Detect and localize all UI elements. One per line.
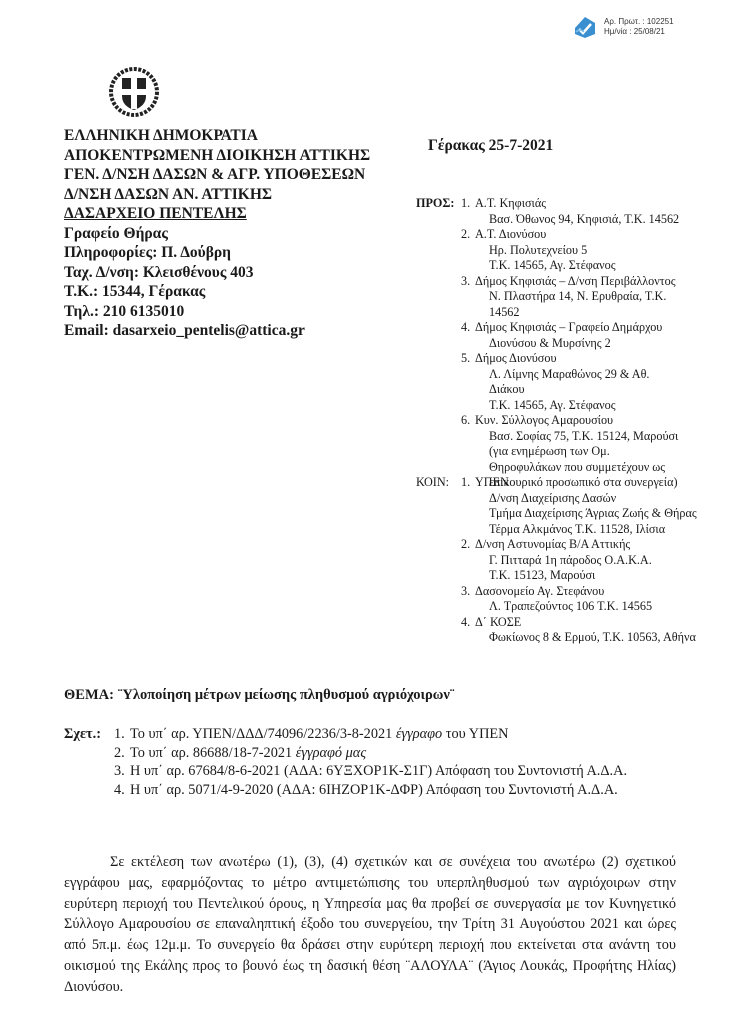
recipient-address-text: Λ. Λίμνης Μαραθώνος 29 & Αθ. Διάκου: [475, 367, 684, 398]
subject: ΘΕΜΑ: ¨Υλοποίηση μέτρων μείωσης πληθυσμο…: [64, 687, 455, 704]
reference-item: 3.Η υπ΄ αρ. 67684/8-6-2021 (ΑΔΑ: 6ΥΞΧΟΡ1…: [64, 762, 627, 781]
subject-text: : ¨Υλοποίηση μέτρων μείωσης πληθυσμού αγ…: [109, 687, 455, 703]
protocol-stamp: Αρ. Πρωτ. : 102251 Ημ/νία : 25/08/21: [572, 14, 674, 40]
spacer: [416, 615, 461, 631]
recipients-cc: ΚΟΙΝ:1.ΥΠΕΝΔ/νση Διαχείρισης ΔασώνΤμήμα …: [416, 475, 697, 646]
recipient-number: 3.: [461, 274, 475, 290]
recipient-address-text: Ηρ. Πολυτεχνείου 5: [475, 243, 684, 259]
recipient-address-text: Τ.Κ. 14565, Αγ. Στέφανος: [475, 258, 684, 274]
reference-emphasis: έγγραφο: [396, 726, 442, 742]
recipient-item: 6.Κυν. Σύλλογος Αμαρουσίου: [416, 413, 684, 429]
place-date: Γέρακας 25-7-2021: [428, 137, 553, 155]
recipient-name: Α.Τ. Διονύσου: [475, 227, 546, 243]
stamp-date: 25/08/21: [634, 27, 665, 36]
recipient-address-line: Ν. Πλαστήρα 14, Ν. Ερυθραία, Τ.Κ. 14562: [416, 289, 684, 320]
reference-text: Το υπ΄ αρ. 86688/18-7-2021 έγγραφό μας: [130, 744, 366, 763]
spacer: [416, 274, 461, 290]
recipient-item: 5.Δήμος Διονύσου: [416, 351, 684, 367]
reference-item: Σχετ.:1.Το υπ΄ αρ. ΥΠΕΝ/ΔΔΔ/74096/2236/3…: [64, 725, 627, 744]
recipient-number: 1.: [461, 196, 475, 212]
spacer: [64, 781, 114, 800]
issuer-address: Ταχ. Δ/νση: Κλεισθένους 403: [64, 263, 370, 283]
recipient-address-text: Τ.Κ. 14565, Αγ. Στέφανος: [475, 398, 684, 414]
recipients-label: ΠΡΟΣ:: [416, 196, 461, 212]
recipient-address-line: Λ. Τραπεζούντος 106 Τ.Κ. 14565: [416, 599, 697, 615]
recipient-name: Δ/νση Αστυνομίας Β/Α Αττικής: [475, 537, 630, 553]
recipient-address-text: Τ.Κ. 15123, Μαρούσι: [475, 568, 697, 584]
spacer: [416, 537, 461, 553]
issuer-line: ΓΕΝ. Δ/ΝΣΗ ΔΑΣΩΝ & ΑΓΡ. ΥΠΟΘΕΣΕΩΝ: [64, 165, 370, 185]
recipient-number: 6.: [461, 413, 475, 429]
recipient-address-line: Τμήμα Διαχείρισης Άγριας Ζωής & Θήρας: [416, 506, 697, 522]
reference-text: Η υπ΄ αρ. 5071/4-9-2020 (ΑΔΑ: 6ΙΗΖΟΡ1Κ-Δ…: [130, 781, 618, 800]
recipient-number: 5.: [461, 351, 475, 367]
recipient-item: 2.Α.Τ. Διονύσου: [416, 227, 684, 243]
references: Σχετ.:1.Το υπ΄ αρ. ΥΠΕΝ/ΔΔΔ/74096/2236/3…: [64, 725, 627, 799]
recipient-item: 4.Δήμος Κηφισιάς – Γραφείο Δημάρχου: [416, 320, 684, 336]
recipient-number: 2.: [461, 537, 475, 553]
reference-item: 4.Η υπ΄ αρ. 5071/4-9-2020 (ΑΔΑ: 6ΙΗΖΟΡ1Κ…: [64, 781, 627, 800]
references-label: Σχετ.:: [64, 725, 114, 744]
spacer: [416, 584, 461, 600]
recipients-to: ΠΡΟΣ:1.Α.Τ. ΚηφισιάςΒασ. Όθωνος 94, Κηφι…: [416, 196, 684, 491]
recipient-name: ΥΠΕΝ: [475, 475, 509, 491]
recipient-number: 1.: [461, 475, 475, 491]
recipient-address-text: Λ. Τραπεζούντος 106 Τ.Κ. 14565: [475, 599, 697, 615]
spacer: [64, 744, 114, 763]
issuer-office: ΔΑΣΑΡΧΕΙΟ ΠΕΝΤΕΛΗΣ: [64, 204, 370, 224]
recipient-address-line: Δ/νση Διαχείρισης Δασών: [416, 491, 697, 507]
recipient-name: Δήμος Διονύσου: [475, 351, 557, 367]
recipient-name: Δ΄ ΚΟΣΕ: [475, 615, 521, 631]
recipient-name: Κυν. Σύλλογος Αμαρουσίου: [475, 413, 613, 429]
stamp-date-label: Ημ/νία :: [604, 27, 631, 36]
recipient-number: 2.: [461, 227, 475, 243]
recipient-address-text: Βασ. Όθωνος 94, Κηφισιά, Τ.Κ. 14562: [475, 212, 684, 228]
recipient-address-line: Διονύσου & Μυρσίνης 2: [416, 336, 684, 352]
recipient-address-text: Βασ. Σοφίας 75, Τ.Κ. 15124, Μαρούσι: [475, 429, 684, 445]
recipients-label: ΚΟΙΝ:: [416, 475, 461, 491]
recipient-address-line: Βασ. Σοφίας 75, Τ.Κ. 15124, Μαρούσι: [416, 429, 684, 445]
issuer-info: Πληροφορίες: Π. Δούβρη: [64, 243, 370, 263]
issuer-line: ΕΛΛΗΝΙΚΗ ΔΗΜΟΚΡΑΤΙΑ: [64, 126, 370, 146]
reference-text: Το υπ΄ αρ. ΥΠΕΝ/ΔΔΔ/74096/2236/3-8-2021 …: [130, 725, 509, 744]
protocol-label: Αρ. Πρωτ. :: [604, 17, 645, 26]
recipient-item: 4.Δ΄ ΚΟΣΕ: [416, 615, 697, 631]
recipient-name: Δήμος Κηφισιάς – Γραφείο Δημάρχου: [475, 320, 662, 336]
recipient-address-line: Ηρ. Πολυτεχνείου 5: [416, 243, 684, 259]
recipient-address-line: Φωκίωνος 8 & Ερμού, Τ.Κ. 10563, Αθήνα: [416, 630, 697, 646]
recipient-address-text: Διονύσου & Μυρσίνης 2: [475, 336, 684, 352]
recipient-item: 3.Δασονομείο Αγ. Στεφάνου: [416, 584, 697, 600]
recipient-name: Α.Τ. Κηφισιάς: [475, 196, 546, 212]
spacer: [416, 227, 461, 243]
reference-emphasis: έγγραφό μας: [296, 745, 366, 761]
recipient-item: ΚΟΙΝ:1.ΥΠΕΝ: [416, 475, 697, 491]
issuer-block: ΕΛΛΗΝΙΚΗ ΔΗΜΟΚΡΑΤΙΑ ΑΠΟΚΕΝΤΡΩΜΕΝΗ ΔΙΟΙΚΗ…: [64, 126, 370, 341]
recipient-address-line: Γ. Πιτταρά 1η πάροδος Ο.Α.Κ.Α.: [416, 553, 697, 569]
recipient-item: 2.Δ/νση Αστυνομίας Β/Α Αττικής: [416, 537, 697, 553]
recipient-address-text: Φωκίωνος 8 & Ερμού, Τ.Κ. 10563, Αθήνα: [475, 630, 697, 646]
spacer: [416, 351, 461, 367]
recipient-item: 3.Δήμος Κηφισιάς – Δ/νση Περιβάλλοντος: [416, 274, 684, 290]
reference-number: 1.: [114, 725, 130, 744]
recipient-name: Δήμος Κηφισιάς – Δ/νση Περιβάλλοντος: [475, 274, 676, 290]
recipient-address-line: Λ. Λίμνης Μαραθώνος 29 & Αθ. Διάκου: [416, 367, 684, 398]
issuer-postal: Τ.Κ.: 15344, Γέρακας: [64, 282, 370, 302]
reference-item: 2.Το υπ΄ αρ. 86688/18-7-2021 έγγραφό μας: [64, 744, 627, 763]
recipient-address-text: Ν. Πλαστήρα 14, Ν. Ερυθραία, Τ.Κ. 14562: [475, 289, 684, 320]
issuer-line: ΑΠΟΚΕΝΤΡΩΜΕΝΗ ΔΙΟΙΚΗΣΗ ΑΤΤΙΚΗΣ: [64, 146, 370, 166]
recipient-address-line: Τ.Κ. 14565, Αγ. Στέφανος: [416, 258, 684, 274]
recipient-number: 3.: [461, 584, 475, 600]
recipient-number: 4.: [461, 615, 475, 631]
spacer: [416, 320, 461, 336]
recipient-name: Δασονομείο Αγ. Στεφάνου: [475, 584, 604, 600]
issuer-email[interactable]: Email: dasarxeio_pentelis@attica.gr: [64, 321, 370, 341]
subject-label: ΘΕΜΑ: [64, 687, 109, 703]
issuer-department: Γραφείο Θήρας: [64, 224, 370, 244]
issuer-phone: Τηλ.: 210 6135010: [64, 302, 370, 322]
reference-number: 4.: [114, 781, 130, 800]
recipient-address-line: Τ.Κ. 15123, Μαρούσι: [416, 568, 697, 584]
recipient-address-text: Γ. Πιτταρά 1η πάροδος Ο.Α.Κ.Α.: [475, 553, 697, 569]
document-stamp-icon: [572, 14, 598, 40]
recipient-number: 4.: [461, 320, 475, 336]
recipient-address-line: Τ.Κ. 14565, Αγ. Στέφανος: [416, 398, 684, 414]
recipient-item: ΠΡΟΣ:1.Α.Τ. Κηφισιάς: [416, 196, 684, 212]
greek-coat-of-arms-icon: [108, 66, 160, 118]
reference-text: Η υπ΄ αρ. 67684/8-6-2021 (ΑΔΑ: 6ΥΞΧΟΡ1Κ-…: [130, 762, 627, 781]
recipient-address-text: Δ/νση Διαχείρισης Δασών: [475, 491, 697, 507]
reference-number: 3.: [114, 762, 130, 781]
protocol-number: 102251: [647, 17, 674, 26]
body-paragraph: Σε εκτέλεση των ανωτέρω (1), (3), (4) σχ…: [64, 852, 676, 998]
recipient-address-text: Τέρμα Αλκμάνος Τ.Κ. 11528, Ιλίσια: [475, 522, 697, 538]
issuer-line: Δ/ΝΣΗ ΔΑΣΩΝ ΑΝ. ΑΤΤΙΚΗΣ: [64, 185, 370, 205]
spacer: [416, 413, 461, 429]
spacer: [64, 762, 114, 781]
recipient-address-line: Τέρμα Αλκμάνος Τ.Κ. 11528, Ιλίσια: [416, 522, 697, 538]
stamp-text: Αρ. Πρωτ. : 102251 Ημ/νία : 25/08/21: [604, 17, 674, 37]
recipient-address-line: Βασ. Όθωνος 94, Κηφισιά, Τ.Κ. 14562: [416, 212, 684, 228]
reference-number: 2.: [114, 744, 130, 763]
recipient-address-text: Τμήμα Διαχείρισης Άγριας Ζωής & Θήρας: [475, 506, 697, 522]
